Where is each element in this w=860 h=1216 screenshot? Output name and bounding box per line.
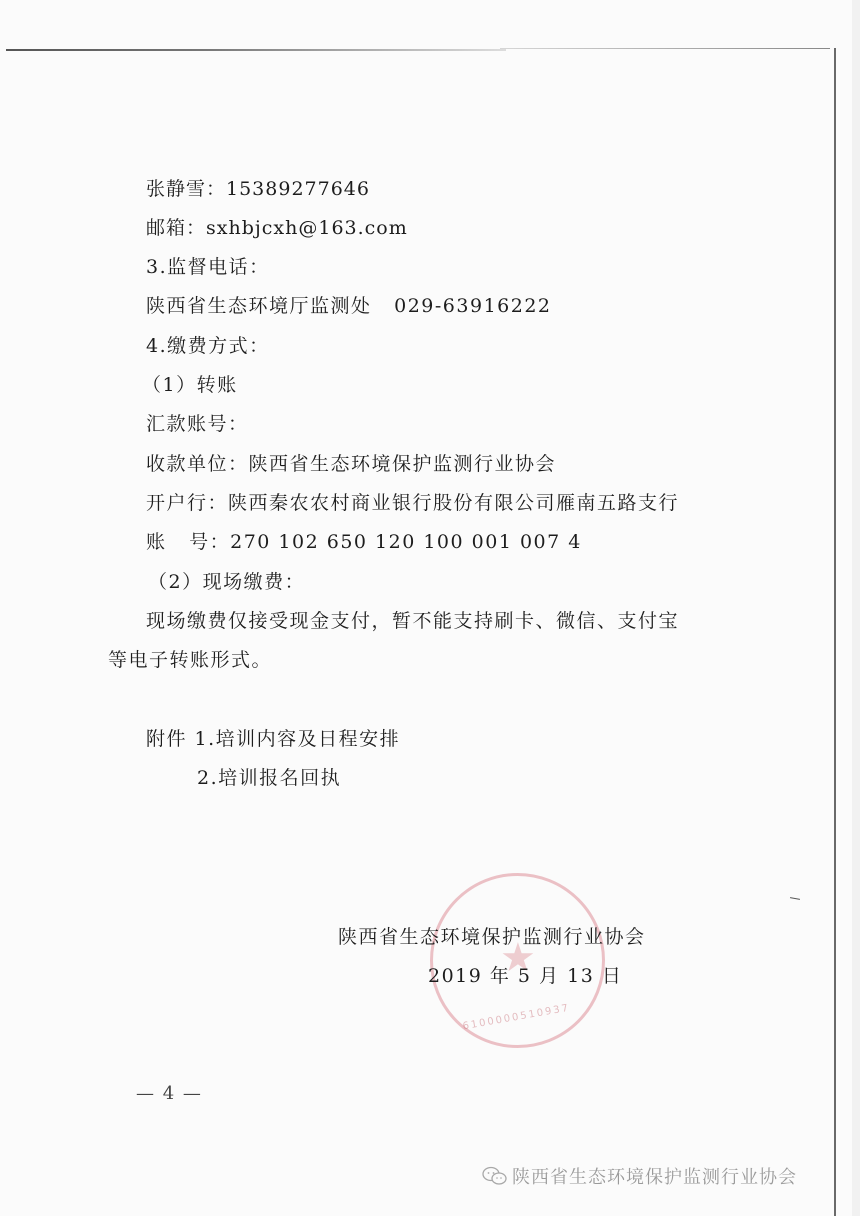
scan-border-right xyxy=(834,48,836,1216)
onsite-note-line1: 现场缴费仅接受现金支付，暂不能支持刷卡、微信、支付宝 xyxy=(146,609,679,633)
payment-heading: 4.缴费方式： xyxy=(146,334,270,358)
supervision-heading: 3.监督电话： xyxy=(146,255,270,279)
contact-email: 邮箱：sxhbjcxh@163.com xyxy=(146,216,408,240)
account-number-line: 账 号：270 102 650 120 100 001 007 4 xyxy=(146,530,582,554)
scan-artifact xyxy=(790,897,800,900)
page-number: — 4 — xyxy=(136,1082,202,1106)
onsite-note-line2: 等电子转账形式。 xyxy=(108,648,272,672)
transfer-heading: （1）转账 xyxy=(142,373,238,397)
wechat-watermark: 陕西省生态环境保护监测行业协会 xyxy=(482,1163,797,1189)
supervision-line: 陕西省生态环境厅监测处 029-63916222 xyxy=(146,294,552,318)
scan-border-top-faint xyxy=(500,48,830,49)
onsite-heading: （2）现场缴费： xyxy=(148,570,305,594)
attachment-item-1: 附件 1.培训内容及日程安排 xyxy=(146,727,400,751)
payee-line: 收款单位：陕西省生态环境保护监测行业协会 xyxy=(146,452,556,476)
signature-date: 2019 年 5 月 13 日 xyxy=(428,964,622,988)
bank-line: 开户行：陕西秦农农村商业银行股份有限公司雁南五路支行 xyxy=(146,491,679,515)
watermark-text: 陕西省生态环境保护监测行业协会 xyxy=(512,1163,797,1189)
signature-organization: 陕西省生态环境保护监测行业协会 xyxy=(338,925,646,949)
scan-edge-shadow xyxy=(852,0,860,1216)
contact-phone: 张静雪：15389277646 xyxy=(146,177,370,201)
wechat-icon xyxy=(482,1166,508,1186)
attachment-item-2: 2.培训报名回执 xyxy=(197,766,341,790)
scan-border-top xyxy=(6,49,506,51)
account-label: 汇款账号： xyxy=(146,412,249,436)
